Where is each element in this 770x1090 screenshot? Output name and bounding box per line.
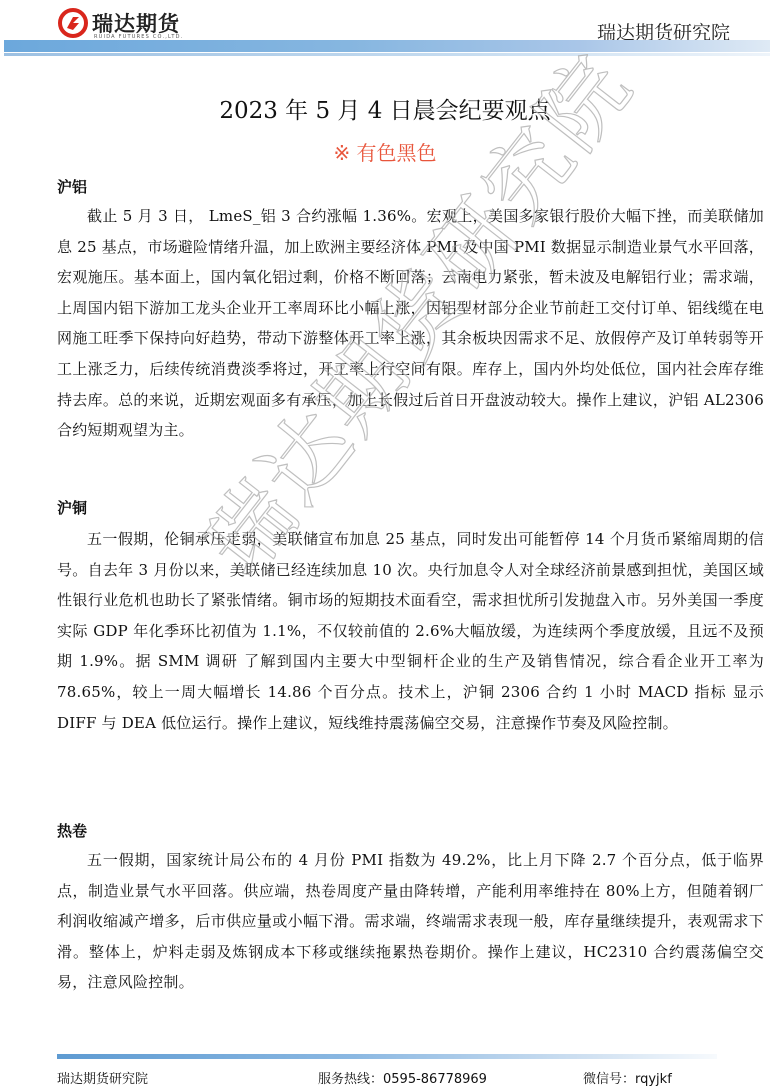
header-divider	[4, 53, 770, 56]
footer-org: 瑞达期货研究院	[57, 1068, 148, 1087]
footer-hotline: 服务热线：0595-86778969	[318, 1068, 487, 1087]
page-header: 瑞达期货 RUIDA FUTURES CO.,LTD. 瑞达期货研究院	[0, 0, 770, 70]
section-body-aluminum: 截止 5 月 3 日， LmeS_铝 3 合约涨幅 1.36%。宏观上，美国多家…	[57, 201, 764, 446]
section-heading-aluminum: 沪铝	[57, 176, 87, 197]
header-band	[4, 40, 770, 52]
section-body-copper: 五一假期，伦铜承压走弱，美联储宣布加息 25 基点，同时发出可能暂停 14 个月…	[57, 524, 764, 738]
document-title: 2023 年 5 月 4 日晨会纪要观点	[0, 92, 770, 125]
footer-band	[57, 1054, 717, 1059]
section-body-hot-rolled-coil: 五一假期，国家统计局公布的 4 月份 PMI 指数为 49.2%，比上月下降 2…	[57, 845, 764, 998]
document-subtitle: ※ 有色黑色	[0, 137, 770, 166]
footer-wechat: 微信号：rqyjkf	[583, 1068, 672, 1087]
section-heading-hot-rolled-coil: 热卷	[57, 820, 87, 841]
section-heading-copper: 沪铜	[57, 497, 87, 518]
ruida-logo-icon	[58, 8, 88, 38]
company-logo: 瑞达期货 RUIDA FUTURES CO.,LTD.	[58, 6, 218, 42]
